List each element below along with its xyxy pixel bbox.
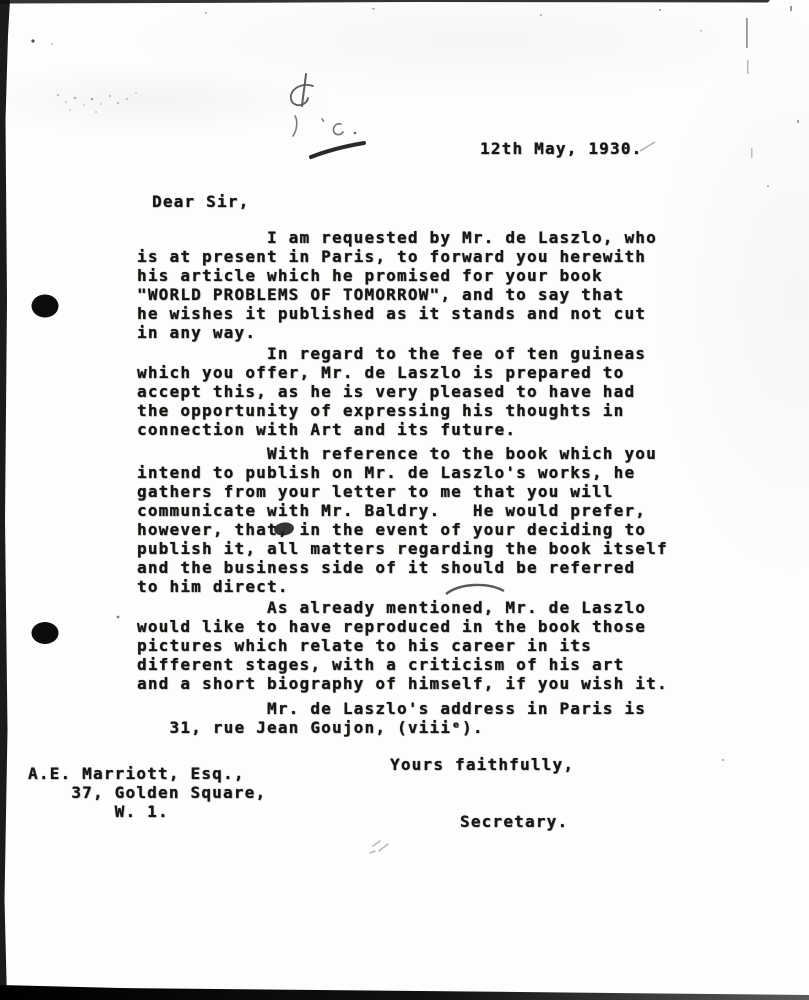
scan-noise-right: [746, 6, 799, 158]
scan-border-top: [0, 0, 770, 4]
scan-border-bottom: [0, 985, 809, 1000]
pencil-annotation: [291, 74, 357, 136]
punch-hole-bottom: [32, 622, 59, 644]
salutation: Dear Sir,: [152, 192, 250, 211]
signature-title: Secretary.: [460, 812, 568, 831]
letter-date: 12th May, 1930.: [480, 139, 643, 158]
pencil-smudge-topleft: [57, 92, 137, 113]
paragraph-3: With reference to the book which you int…: [137, 444, 668, 596]
punch-hole-top: [32, 295, 59, 318]
scanned-letter-page: 12th May, 1930. Dear Sir, I am requested…: [0, 0, 809, 1000]
recipient-address: A.E. Marriott, Esq., 37, Golden Square, …: [28, 764, 266, 821]
paragraph-5: Mr. de Laszlo's address in Paris is 31, …: [137, 699, 646, 737]
valediction: Yours faithfully,: [390, 755, 574, 774]
paragraph-2: In regard to the fee of ten guineas whic…: [137, 344, 646, 439]
paragraph-4: As already mentioned, Mr. de Laszlo woul…: [137, 598, 668, 693]
scan-border-left: [0, 0, 10, 1000]
pencil-dash: [311, 143, 364, 157]
paragraph-1: I am requested by Mr. de Laszlo, who is …: [137, 228, 657, 342]
pencil-squiggle-bottom: [370, 841, 388, 853]
